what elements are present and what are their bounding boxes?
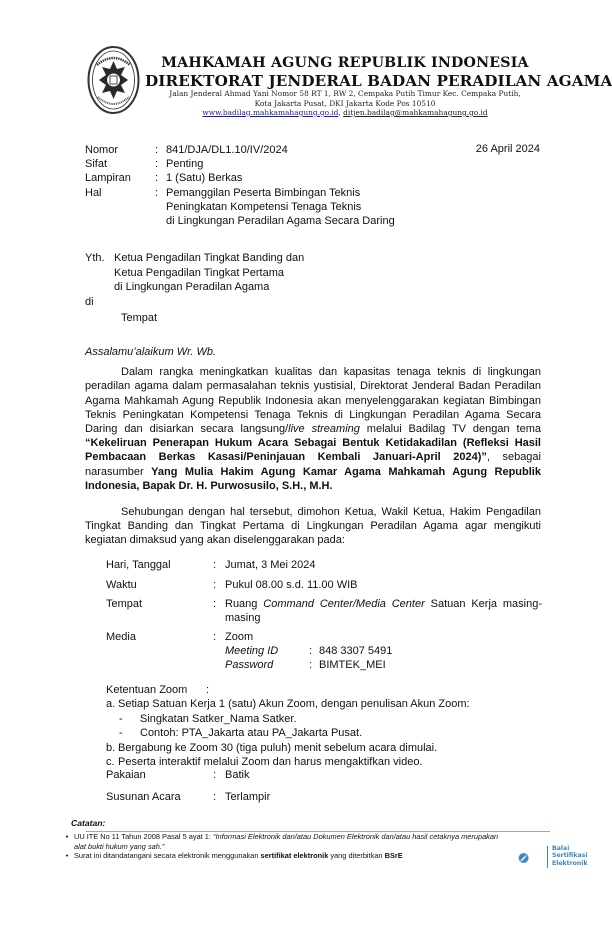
note-bold: BSrE [385, 851, 403, 860]
meta-sifat: Sifat : Penting [85, 157, 395, 171]
colon: : [155, 186, 166, 229]
subitem-text: Singkatan Satker_Nama Satker. [140, 712, 297, 726]
event-details: Hari, Tanggal : Jumat, 3 Mei 2024 Waktu … [106, 559, 542, 678]
para1-speaker: Yang Mulia Hakim Agung Kamar Agama Mahka… [85, 466, 541, 492]
colon: : [213, 579, 225, 593]
detail-waktu: Waktu : Pukul 08.00 s.d. 11.00 WIB [106, 579, 542, 593]
colon: : [213, 559, 225, 573]
rule-key: a. [106, 697, 118, 711]
bullet-icon: • [60, 832, 74, 851]
colon: : [309, 659, 319, 673]
letterhead-address-2: Kota Jakarta Pusat, DKI Jakarta Kode Pos… [145, 99, 545, 108]
meta-hal: Hal : Pemanggilan Peserta Bimbingan Tekn… [85, 186, 395, 229]
letter-date: 26 April 2024 [476, 143, 540, 155]
letterhead-title-2: DIREKTORAT JENDERAL BADAN PERADILAN AGAM… [145, 72, 545, 90]
bsre-logo-icon [518, 843, 548, 873]
password-value: BIMTEK_MEI [319, 659, 386, 673]
media-zoom: Zoom [225, 631, 542, 645]
addressee-tempat: Tempat [85, 311, 304, 326]
tempat-value: Ruang Command Center/Media Center Satuan… [225, 598, 542, 625]
addressee-line: di Lingkungan Peradilan Agama [85, 280, 304, 295]
susunan-value: Terlampir [225, 790, 270, 804]
tempat-italic: Command Center/Media Center [263, 598, 425, 610]
para1-text: melalui Badilag TV dengan tema [360, 423, 541, 435]
colon: : [155, 143, 166, 157]
letterhead-address-1: Jalan Jenderal Ahmad Yani Nomor 58 RT 1,… [145, 89, 545, 98]
hal-label: Hal [85, 186, 155, 229]
addressee-line: Yth.Ketua Pengadilan Tingkat Banding dan [85, 251, 304, 266]
email-link[interactable]: ditjen.badilag@mahkamahagung.go.id [343, 108, 487, 117]
colon: : [213, 790, 225, 804]
letter-body: Assalamu’alaikum Wr. Wb. Dalam rangka me… [85, 345, 541, 548]
colon: : [213, 598, 225, 625]
hal-line: Peningkatan Kompetensi Tenaga Teknis [166, 200, 395, 214]
footnote-text: UU ITE No 11 Tahun 2008 Pasal 5 ayat 1: … [74, 832, 510, 851]
dash-bullet: - [119, 712, 140, 726]
susunan-label: Susunan Acara [106, 790, 213, 804]
zoom-rules-title: Ketentuan Zoom : [106, 683, 546, 697]
letterhead-title-1: MAHKAMAH AGUNG REPUBLIK INDONESIA [145, 55, 545, 71]
hari-label: Hari, Tanggal [106, 559, 213, 573]
footnote-title: Catatan: [71, 818, 105, 828]
detail-media: Media : Zoom Meeting ID : 848 3307 5491 … [106, 631, 542, 672]
sifat-label: Sifat [85, 157, 155, 171]
letter-page: MAHKAMAH AGUNG REPUBLIK INDONESIA DIREKT… [0, 0, 612, 936]
note-text: Surat ini ditandatangani secara elektron… [74, 851, 261, 860]
paragraph-1: Dalam rangka meningkatkan kualitas dan k… [85, 365, 541, 493]
detail-susunan-acara: Susunan Acara : Terlampir [106, 790, 270, 804]
bsre-divider [547, 846, 548, 868]
waktu-label: Waktu [106, 579, 213, 593]
lampiran-label: Lampiran [85, 171, 155, 185]
media-value: Zoom Meeting ID : 848 3307 5491 Password… [225, 631, 542, 672]
addressee-block: Yth.Ketua Pengadilan Tingkat Banding dan… [85, 251, 304, 326]
bsre-line: Balai [552, 845, 588, 852]
addressee-di: di [85, 295, 304, 310]
tempat-text: Ruang [225, 598, 263, 610]
note-bold: sertifikat elektronik [261, 851, 329, 860]
bsre-line: Elektronik [552, 860, 588, 867]
zoom-rule-subitem: - Singkatan Satker_Nama Satker. [106, 712, 546, 726]
letterhead-contacts: www.badilag.mahkamahagung.go.id, ditjen.… [145, 108, 545, 117]
greeting: Assalamu’alaikum Wr. Wb. [85, 345, 541, 359]
note-text: UU ITE No 11 Tahun 2008 Pasal 5 ayat 1: [74, 832, 213, 841]
rule-text: Bergabung ke Zoom 30 (tiga puluh) menit … [118, 741, 437, 755]
yth-label: Yth. [85, 251, 114, 266]
nomor-label: Nomor [85, 143, 155, 157]
password-row: Password : BIMTEK_MEI [225, 659, 542, 673]
footnotes: • UU ITE No 11 Tahun 2008 Pasal 5 ayat 1… [60, 832, 510, 861]
detail-tempat: Tempat : Ruang Command Center/Media Cent… [106, 598, 542, 625]
hal-line: di Lingkungan Peradilan Agama Secara Dar… [166, 214, 395, 228]
note-text: yang diterbitkan [328, 851, 384, 860]
dash-bullet: - [119, 726, 140, 740]
media-label: Media [106, 631, 213, 672]
colon: : [309, 645, 319, 659]
addressee-text: Ketua Pengadilan Tingkat Banding dan [114, 252, 304, 264]
zoom-rules-label: Ketentuan Zoom [106, 683, 206, 697]
addressee-line: Ketua Pengadilan Tingkat Pertama [85, 266, 304, 281]
bsre-line: Sertifikasi [552, 852, 588, 859]
extra-details: Pakaian : Batik Susunan Acara : Terlampi… [106, 768, 270, 812]
hari-value: Jumat, 3 Mei 2024 [225, 559, 542, 573]
footnote-text: Surat ini ditandatangani secara elektron… [74, 851, 510, 861]
tempat-label: Tempat [106, 598, 213, 625]
mahkamah-agung-logo-icon [87, 45, 140, 115]
paragraph-2: Sehubungan dengan hal tersebut, dimohon … [85, 505, 541, 548]
website-link[interactable]: www.badilag.mahkamahagung.go.id [202, 108, 338, 117]
colon: : [155, 157, 166, 171]
sifat-value: Penting [166, 157, 203, 171]
pakaian-label: Pakaian [106, 768, 213, 782]
lampiran-value: 1 (Satu) Berkas [166, 171, 242, 185]
password-label: Password [225, 659, 309, 673]
meta-lampiran: Lampiran : 1 (Satu) Berkas [85, 171, 395, 185]
meeting-id-value: 848 3307 5491 [319, 645, 392, 659]
letter-meta: Nomor : 841/DJA/DL1.10/IV/2024 Sifat : P… [85, 143, 395, 228]
rule-key: b. [106, 741, 118, 755]
nomor-value: 841/DJA/DL1.10/IV/2024 [166, 143, 288, 157]
footnote-item: • Surat ini ditandatangani secara elektr… [60, 851, 510, 861]
colon: : [155, 171, 166, 185]
zoom-rule-item: b. Bergabung ke Zoom 30 (tiga puluh) men… [106, 741, 546, 755]
detail-hari: Hari, Tanggal : Jumat, 3 Mei 2024 [106, 559, 542, 573]
footnote-item: • UU ITE No 11 Tahun 2008 Pasal 5 ayat 1… [60, 832, 510, 851]
subitem-text: Contoh: PTA_Jakarta atau PA_Jakarta Pusa… [140, 726, 362, 740]
colon: : [213, 768, 225, 782]
waktu-value: Pukul 08.00 s.d. 11.00 WIB [225, 579, 542, 593]
para1-theme: “Kekeliruan Penerapan Hukum Acara Sebaga… [85, 437, 541, 463]
hal-line: Pemanggilan Peserta Bimbingan Teknis [166, 186, 395, 200]
pakaian-value: Batik [225, 768, 249, 782]
hal-value: Pemanggilan Peserta Bimbingan Teknis Pen… [166, 186, 395, 229]
meeting-id-row: Meeting ID : 848 3307 5491 [225, 645, 542, 659]
colon: : [213, 631, 225, 672]
rule-text: Setiap Satuan Kerja 1 (satu) Akun Zoom, … [118, 697, 470, 711]
zoom-rule-subitem: - Contoh: PTA_Jakarta atau PA_Jakarta Pu… [106, 726, 546, 740]
colon: : [206, 683, 209, 697]
meta-nomor: Nomor : 841/DJA/DL1.10/IV/2024 [85, 143, 395, 157]
bsre-label: Balai Sertifikasi Elektronik [552, 845, 588, 867]
para1-live-streaming: live streaming [288, 423, 360, 435]
bullet-icon: • [60, 851, 74, 861]
zoom-rule-item: a. Setiap Satuan Kerja 1 (satu) Akun Zoo… [106, 697, 546, 711]
zoom-rules: Ketentuan Zoom : a. Setiap Satuan Kerja … [106, 683, 546, 769]
detail-pakaian: Pakaian : Batik [106, 768, 270, 782]
meeting-id-label: Meeting ID [225, 645, 309, 659]
